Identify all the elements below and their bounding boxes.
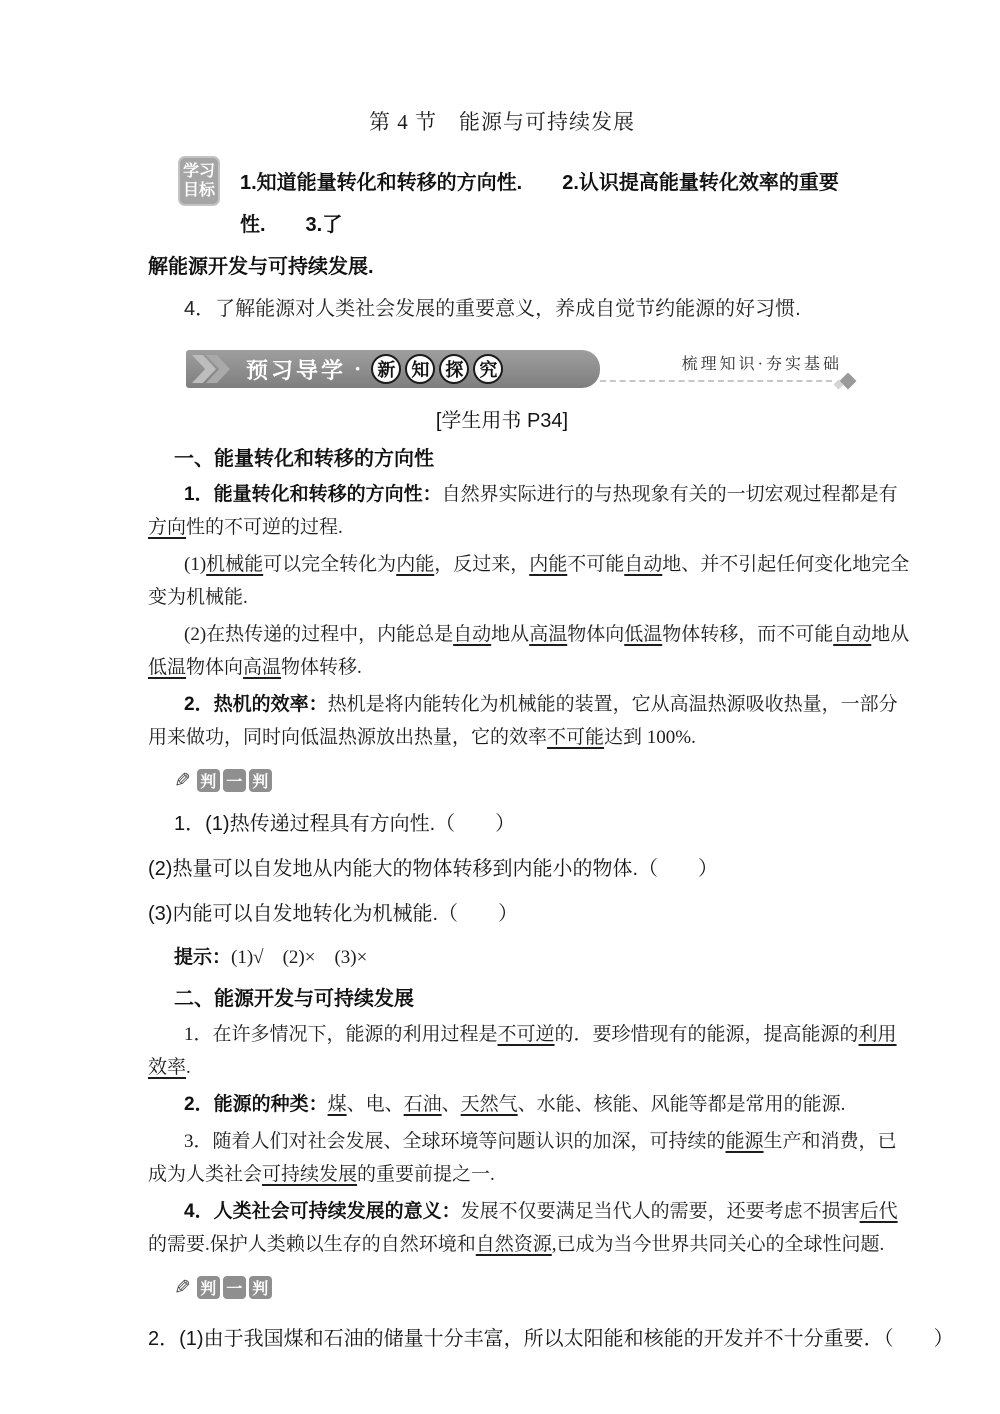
separator-dot: · (354, 356, 361, 382)
circled-char: 知 (405, 354, 435, 384)
circled-char: 新 (371, 354, 401, 384)
para-heat-transfer: (2)在热传递的过程中，内能总是自动地从高温物体向低温物体转移，而不可能自动地从… (148, 618, 856, 684)
para-heat-engine-efficiency: 2．热机的效率：热机是将内能转化为机械能的装置，它从高温热源吸收热量，一部分用来… (148, 688, 856, 754)
page-title: 第 4 节 能源与可持续发展 (148, 110, 856, 134)
student-book-reference: [学生用书 P34] (148, 408, 856, 434)
section-two-heading: 二、能源开发与可持续发展 (148, 984, 856, 1014)
dotted-rule (600, 380, 832, 382)
section-one-heading: 一、能量转化和转移的方向性 (148, 444, 856, 474)
badge-square: 判 (249, 769, 272, 792)
learning-objectives: 学习 目标 1.知道能量转化和转移的方向性. 2.认识提高能量转化效率的重要性.… (148, 162, 856, 330)
banner-title: 预习导学 (246, 354, 346, 385)
para-irreversible-use: 1．在许多情况下，能源的利用过程是不可逆的．要珍惜现有的能源，提高能源的利用效率… (148, 1018, 856, 1084)
badge-square: 一 (223, 769, 246, 792)
objective-item-3-continued: 解能源开发与可持续发展. (148, 246, 856, 288)
hint-answers: 提示：(1)√ (2)× (3)× (148, 941, 856, 974)
objective-item-4: 4．了解能源对人类社会发展的重要意义，养成自觉节约能源的好习惯. (148, 288, 856, 330)
check-question-3: (3)内能可以自发地转化为机械能.（ ） (148, 898, 856, 931)
circled-char: 究 (473, 354, 503, 384)
learning-goal-badge: 学习 目标 (178, 156, 220, 206)
check-badge: ✎ 判 一 判 (148, 768, 856, 792)
check-question-2: (2)热量可以自发地从内能大的物体转移到内能小的物体.（ ） (148, 853, 856, 886)
check-question-1: 1．(1)热传递过程具有方向性.（ ） (148, 808, 856, 841)
textbook-page: 第 4 节 能源与可持续发展 学习 目标 1.知道能量转化和转移的方向性. 2.… (0, 0, 1000, 1414)
circled-char: 探 (439, 354, 469, 384)
preview-section-banner: 预习导学 · 新 知 探 究 梳理知识·夯实基础 (148, 348, 856, 394)
banner-bar: 预习导学 · 新 知 探 究 (186, 350, 600, 388)
para-sustainable-production: 3．随着人们对社会发展、全球环境等问题认识的加深，可持续的能源生产和消费，已成为… (148, 1125, 856, 1191)
check-badge: ✎ 判 一 判 (148, 1275, 856, 1299)
badge-text-bottom: 目标 (183, 181, 215, 200)
diamond-icon (840, 373, 857, 390)
pen-icon: ✎ (174, 768, 191, 793)
badge-text-top: 学习 (183, 162, 215, 181)
para-mechanical-energy: (1)机械能可以完全转化为内能，反过来，内能不可能自动地、并不引起任何变化地完全… (148, 548, 856, 614)
para-energy-types: 2．能源的种类：煤、电、石油、天然气、水能、核能、风能等都是常用的能源. (148, 1088, 856, 1121)
pen-icon: ✎ (174, 1275, 191, 1300)
para-directionality: 1．能量转化和转移的方向性：自然界实际进行的与热现象有关的一切宏观过程都是有方向… (148, 478, 856, 544)
badge-square: 判 (249, 1276, 272, 1299)
para-sustainable-meaning: 4．人类社会可持续发展的意义：发展不仅要满足当代人的需要，还要考虑不损害后代的需… (148, 1195, 856, 1261)
banner-slogan: 梳理知识·夯实基础 (682, 351, 842, 374)
check2-question-1: 2．(1)由于我国煤和石油的储量十分丰富，所以太阳能和核能的开发并不十分重要．（… (148, 1323, 856, 1356)
document-body: 第 4 节 能源与可持续发展 学习 目标 1.知道能量转化和转移的方向性. 2.… (148, 0, 856, 1356)
badge-square: 一 (223, 1276, 246, 1299)
objective-items-1-3: 1.知道能量转化和转移的方向性. 2.认识提高能量转化效率的重要性. 3.了 (148, 162, 856, 246)
badge-square: 判 (197, 769, 220, 792)
badge-square: 判 (197, 1276, 220, 1299)
